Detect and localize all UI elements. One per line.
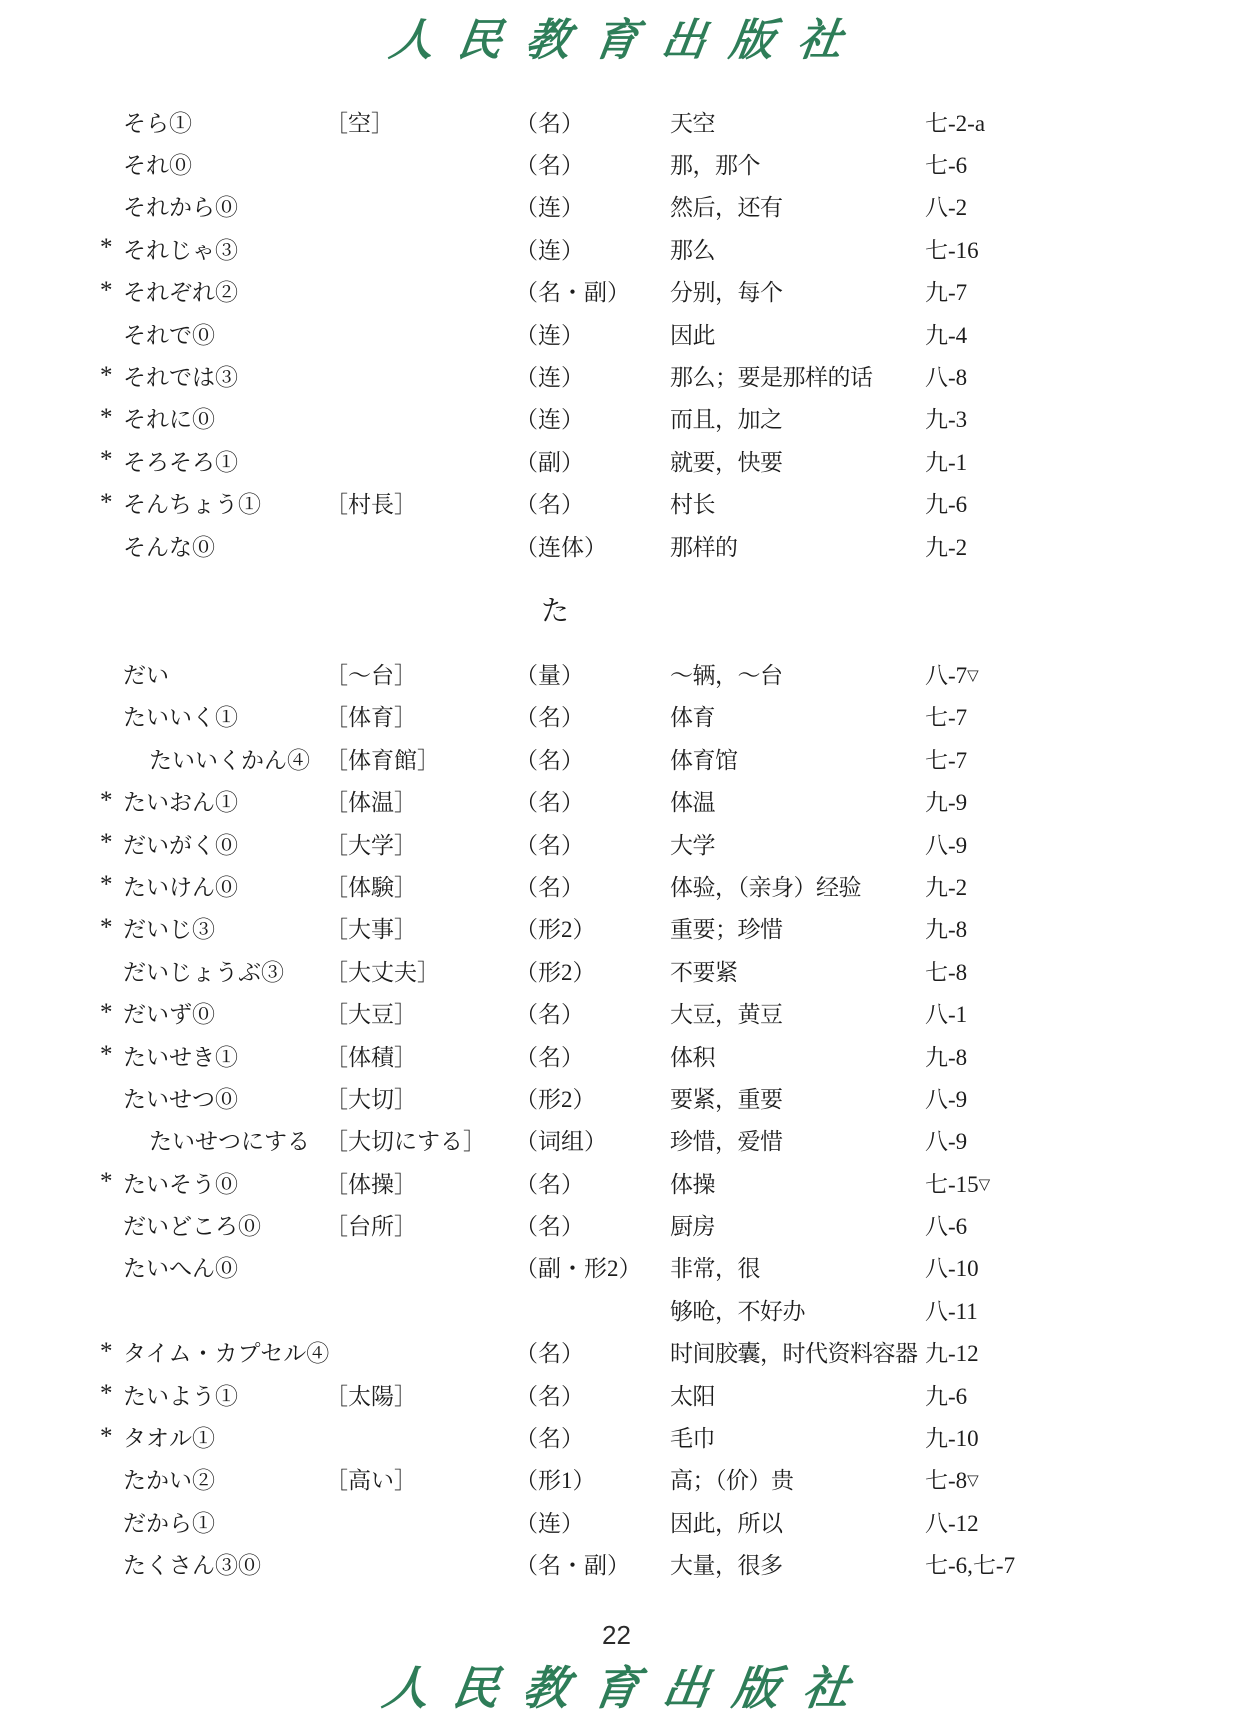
pos-cell: （连） bbox=[515, 359, 670, 392]
kanji-cell: ［大丈夫］ bbox=[325, 954, 515, 987]
kana-cell: そんちょう① bbox=[123, 486, 325, 519]
star-cell: * bbox=[100, 1380, 123, 1408]
lesson-ref: 九-3 bbox=[925, 407, 967, 432]
lesson-cell: 七-6 bbox=[925, 147, 1070, 180]
kana-cell: そろそろ① bbox=[123, 444, 325, 477]
meaning-cell: 那么；要是那样的话 bbox=[670, 359, 925, 392]
lesson-cell: 八-1 bbox=[925, 996, 1070, 1029]
lesson-cell: 八-10 bbox=[925, 1250, 1070, 1283]
lesson-ref: 七-2-a bbox=[925, 111, 985, 136]
table-row: それで⓪（连）因此九-4 bbox=[100, 312, 1110, 354]
pos-cell: （名） bbox=[515, 1378, 670, 1411]
pos-cell: （连） bbox=[515, 401, 670, 434]
table-row: *そんちょう①［村長］（名）村长九-6 bbox=[100, 482, 1110, 524]
kana-cell: たいそう⓪ bbox=[123, 1166, 325, 1199]
pos-cell: （名） bbox=[515, 1420, 670, 1453]
pos-cell: （形1） bbox=[515, 1462, 670, 1495]
kana-cell: たいせき① bbox=[123, 1039, 325, 1072]
lesson-cell: 九-8 bbox=[925, 911, 1070, 944]
kana-cell: それから⓪ bbox=[123, 189, 325, 222]
pos-cell: （名・副） bbox=[515, 1547, 670, 1580]
table-row: *それじゃ③（连）那么七-16 bbox=[100, 227, 1110, 269]
publisher-logo-footer: 人民教育出版社 bbox=[0, 1652, 1233, 1718]
meaning-cell: 够呛，不好办 bbox=[670, 1293, 925, 1326]
pos-cell: （量） bbox=[515, 657, 670, 690]
kanji-cell: ［大学］ bbox=[325, 827, 515, 860]
pos-cell: （名） bbox=[515, 742, 670, 775]
document-page: 人民教育出版社 そら①［空］（名）天空七-2-aそれ⓪（名）那，那个七-6それか… bbox=[0, 0, 1233, 1736]
pos-cell: （名） bbox=[515, 1166, 670, 1199]
meaning-cell: 就要，快要 bbox=[670, 444, 925, 477]
lesson-ref: 七-7 bbox=[925, 748, 967, 773]
meaning-cell: 因此 bbox=[670, 317, 925, 350]
kana-cell: たいいく① bbox=[123, 699, 325, 732]
kanji-cell: ［大切］ bbox=[325, 1081, 515, 1114]
lesson-cell: 八-2 bbox=[925, 189, 1070, 222]
meaning-cell: 村长 bbox=[670, 486, 925, 519]
lesson-ref: 七-7 bbox=[925, 705, 967, 730]
star-cell: * bbox=[100, 446, 123, 474]
kana-cell: それ⓪ bbox=[123, 147, 325, 180]
pos-cell: （形2） bbox=[515, 954, 670, 987]
meaning-cell: 体验，（亲身）经验 bbox=[670, 869, 925, 902]
star-cell: * bbox=[100, 1168, 123, 1196]
lesson-ref: 八-8 bbox=[925, 365, 967, 390]
kanji-cell: ［村長］ bbox=[325, 486, 515, 519]
lesson-cell: 七-6,七-7 bbox=[925, 1547, 1070, 1580]
lesson-cell: 九-6 bbox=[925, 1378, 1070, 1411]
section-header: た bbox=[100, 566, 1010, 652]
lesson-ref: 九-2 bbox=[925, 535, 967, 560]
star-cell: * bbox=[100, 234, 123, 262]
lesson-cell: 九-1 bbox=[925, 444, 1070, 477]
meaning-cell: 那么 bbox=[670, 232, 925, 265]
lesson-cell: 九-10 bbox=[925, 1420, 1070, 1453]
pos-cell: （连） bbox=[515, 232, 670, 265]
lesson-ref: 九-9 bbox=[925, 790, 967, 815]
pos-cell: （名） bbox=[515, 486, 670, 519]
kana-cell: たかい② bbox=[123, 1462, 325, 1495]
lesson-cell: 八-9 bbox=[925, 1081, 1070, 1114]
lesson-cell: 九-12 bbox=[925, 1335, 1070, 1368]
table-row: *それに⓪（连）而且，加之九-3 bbox=[100, 397, 1110, 439]
meaning-cell: 体积 bbox=[670, 1039, 925, 1072]
kana-cell: だい bbox=[123, 657, 325, 690]
lesson-cell: 七-7 bbox=[925, 742, 1070, 775]
lesson-ref: 八-9 bbox=[925, 833, 967, 858]
lesson-cell: 九-8 bbox=[925, 1039, 1070, 1072]
lesson-ref: 八-2 bbox=[925, 195, 967, 220]
table-row: だい［～台］（量）～辆，～台八-7▽ bbox=[100, 652, 1110, 694]
kana-cell: タオル① bbox=[123, 1420, 325, 1453]
lesson-ref: 八-11 bbox=[925, 1299, 978, 1324]
lesson-cell: 八-7▽ bbox=[925, 657, 1070, 690]
table-row: *たいせき①［体積］（名）体积九-8 bbox=[100, 1034, 1110, 1076]
table-row: *そろそろ①（副）就要，快要九-1 bbox=[100, 439, 1110, 481]
meaning-cell: 因此，所以 bbox=[670, 1505, 925, 1538]
pos-cell: （副） bbox=[515, 444, 670, 477]
pos-cell: （副・形2） bbox=[515, 1250, 670, 1283]
publisher-logo-header: 人民教育出版社 bbox=[0, 4, 1233, 68]
table-row: たいせつ⓪［大切］（形2）要紧，重要八-9 bbox=[100, 1076, 1110, 1118]
kanji-cell: ［体操］ bbox=[325, 1166, 515, 1199]
star-cell: * bbox=[100, 1041, 123, 1069]
lesson-cell: 九-4 bbox=[925, 317, 1070, 350]
star-cell: * bbox=[100, 999, 123, 1027]
table-row: たいいく①［体育］（名）体育七-7 bbox=[100, 695, 1110, 737]
kana-cell: それでは③ bbox=[123, 359, 325, 392]
lesson-cell: 九-6 bbox=[925, 486, 1070, 519]
table-row: *だいがく⓪［大学］（名）大学八-9 bbox=[100, 822, 1110, 864]
kanji-cell: ［大切にする］ bbox=[325, 1123, 515, 1156]
meaning-cell: 非常，很 bbox=[670, 1250, 925, 1283]
table-row: たいいくかん④［体育館］（名）体育馆七-7 bbox=[100, 737, 1110, 779]
page-number: 22 bbox=[0, 1620, 1233, 1651]
meaning-cell: 重要；珍惜 bbox=[670, 911, 925, 944]
lesson-ref: 八-1 bbox=[925, 1002, 967, 1027]
kanji-cell: ［太陽］ bbox=[325, 1378, 515, 1411]
kana-cell: たいせつ⓪ bbox=[123, 1081, 325, 1114]
table-row: だいどころ⓪［台所］（名）厨房八-6 bbox=[100, 1203, 1110, 1245]
pos-cell: （名） bbox=[515, 1039, 670, 1072]
lesson-cell: 九-2 bbox=[925, 869, 1070, 902]
kana-cell: たいけん⓪ bbox=[123, 869, 325, 902]
meaning-cell: 然后，还有 bbox=[670, 189, 925, 222]
lesson-cell: 七-8▽ bbox=[925, 1462, 1070, 1495]
table-row: *だいず⓪［大豆］（名）大豆，黄豆八-1 bbox=[100, 991, 1110, 1033]
meaning-cell: 大学 bbox=[670, 827, 925, 860]
table-row: それから⓪（连）然后，还有八-2 bbox=[100, 185, 1110, 227]
table-row: たいせつにする［大切にする］（词组）珍惜，爱惜八-9 bbox=[100, 1119, 1110, 1161]
lesson-ref: 九-6 bbox=[925, 1384, 967, 1409]
lesson-ref: 九-1 bbox=[925, 450, 967, 475]
pos-cell: （形2） bbox=[515, 1081, 670, 1114]
kanji-cell: ［空］ bbox=[325, 105, 515, 138]
meaning-cell: 那样的 bbox=[670, 529, 925, 562]
pos-cell: （名） bbox=[515, 147, 670, 180]
lesson-ref: 九-8 bbox=[925, 1045, 967, 1070]
pos-cell: （连） bbox=[515, 189, 670, 222]
lesson-ref: 八-9 bbox=[925, 1129, 967, 1154]
lesson-cell: 七-15▽ bbox=[925, 1166, 1070, 1199]
lesson-cell: 八-11 bbox=[925, 1293, 1070, 1326]
kana-cell: だいず⓪ bbox=[123, 996, 325, 1029]
kanji-cell: ［大事］ bbox=[325, 911, 515, 944]
pos-cell: （名） bbox=[515, 1208, 670, 1241]
kanji-cell: ［体育館］ bbox=[325, 742, 515, 775]
kanji-cell: ［体験］ bbox=[325, 869, 515, 902]
meaning-cell: 体育馆 bbox=[670, 742, 925, 775]
table-row: *タオル①（名）毛巾九-10 bbox=[100, 1415, 1110, 1457]
lesson-cell: 七-16 bbox=[925, 232, 1070, 265]
meaning-cell: 高；（价）贵 bbox=[670, 1462, 925, 1495]
lesson-ref: 七-6,七-7 bbox=[925, 1553, 1015, 1578]
pos-cell: （名） bbox=[515, 827, 670, 860]
kanji-cell: ［体積］ bbox=[325, 1039, 515, 1072]
kanji-cell: ［大豆］ bbox=[325, 996, 515, 1029]
kana-cell: たいいくかん④ bbox=[123, 742, 325, 775]
table-row: たかい②［高い］（形1）高；（价）贵七-8▽ bbox=[100, 1458, 1110, 1500]
table-row: だから①（连）因此，所以八-12 bbox=[100, 1500, 1110, 1542]
meaning-cell: 体操 bbox=[670, 1166, 925, 1199]
lesson-ref: 九-10 bbox=[925, 1426, 979, 1451]
lesson-cell: 九-3 bbox=[925, 401, 1070, 434]
kana-cell: それに⓪ bbox=[123, 401, 325, 434]
kanji-cell: ［台所］ bbox=[325, 1208, 515, 1241]
pos-cell: （名） bbox=[515, 105, 670, 138]
kanji-cell: ［体育］ bbox=[325, 699, 515, 732]
meaning-cell: 体温 bbox=[670, 784, 925, 817]
lesson-cell: 八-6 bbox=[925, 1208, 1070, 1241]
pos-cell: （名） bbox=[515, 869, 670, 902]
meaning-cell: 毛巾 bbox=[670, 1420, 925, 1453]
pos-cell: （名・副） bbox=[515, 274, 670, 307]
lesson-ref: 八-9 bbox=[925, 1087, 967, 1112]
kana-cell: それで⓪ bbox=[123, 317, 325, 350]
kana-cell: たいせつにする bbox=[123, 1123, 325, 1156]
lesson-cell: 八-12 bbox=[925, 1505, 1070, 1538]
meaning-cell: ～辆，～台 bbox=[670, 657, 925, 690]
kanji-cell: ［高い］ bbox=[325, 1462, 515, 1495]
lesson-ref: 七-15 bbox=[925, 1172, 979, 1197]
triangle-mark: ▽ bbox=[979, 1177, 991, 1193]
kana-cell: それぞれ② bbox=[123, 274, 325, 307]
kana-cell: それじゃ③ bbox=[123, 232, 325, 265]
kana-cell: たくさん③⓪ bbox=[123, 1547, 325, 1580]
lesson-cell: 八-8 bbox=[925, 359, 1070, 392]
table-row: それ⓪（名）那，那个七-6 bbox=[100, 142, 1110, 184]
lesson-cell: 八-9 bbox=[925, 827, 1070, 860]
table-row: *タイム・カプセル④（名）时间胶囊，时代资料容器九-12 bbox=[100, 1331, 1110, 1373]
pos-cell: （名） bbox=[515, 996, 670, 1029]
lesson-cell: 八-9 bbox=[925, 1123, 1070, 1156]
table-row: そら①［空］（名）天空七-2-a bbox=[100, 100, 1110, 142]
meaning-cell: 大豆，黄豆 bbox=[670, 996, 925, 1029]
meaning-cell: 珍惜，爱惜 bbox=[670, 1123, 925, 1156]
kana-cell: たいおん① bbox=[123, 784, 325, 817]
lesson-cell: 七-7 bbox=[925, 699, 1070, 732]
table-row: たくさん③⓪（名・副）大量，很多七-6,七-7 bbox=[100, 1543, 1110, 1585]
table-row: *それでは③（连）那么；要是那样的话八-8 bbox=[100, 354, 1110, 396]
star-cell: * bbox=[100, 871, 123, 899]
table-row: 够呛，不好办八-11 bbox=[100, 1288, 1110, 1330]
kanji-cell: ［体温］ bbox=[325, 784, 515, 817]
kanji-cell: ［～台］ bbox=[325, 657, 515, 690]
lesson-ref: 八-12 bbox=[925, 1511, 979, 1536]
lesson-ref: 九-4 bbox=[925, 323, 967, 348]
lesson-ref: 七-16 bbox=[925, 238, 979, 263]
meaning-cell: 体育 bbox=[670, 699, 925, 732]
table-row: たいへん⓪（副・形2）非常，很八-10 bbox=[100, 1246, 1110, 1288]
table-row: だいじょうぶ③［大丈夫］（形2）不要紧七-8 bbox=[100, 949, 1110, 991]
kana-cell: タイム・カプセル④ bbox=[123, 1335, 325, 1368]
kana-cell: だいがく⓪ bbox=[123, 827, 325, 860]
table-row: *だいじ③［大事］（形2）重要；珍惜九-8 bbox=[100, 907, 1110, 949]
lesson-ref: 九-6 bbox=[925, 492, 967, 517]
meaning-cell: 分别，每个 bbox=[670, 274, 925, 307]
pos-cell: （名） bbox=[515, 784, 670, 817]
lesson-ref: 七-8 bbox=[925, 1468, 967, 1493]
meaning-cell: 厨房 bbox=[670, 1208, 925, 1241]
meaning-cell: 大量，很多 bbox=[670, 1547, 925, 1580]
meaning-cell: 太阳 bbox=[670, 1378, 925, 1411]
table-row: そんな⓪（连体）那样的九-2 bbox=[100, 524, 1110, 566]
pos-cell: （连） bbox=[515, 1505, 670, 1538]
triangle-mark: ▽ bbox=[967, 668, 979, 684]
table-row: *たいよう①［太陽］（名）太阳九-6 bbox=[100, 1373, 1110, 1415]
lesson-ref: 八-10 bbox=[925, 1256, 979, 1281]
pos-cell: （词组） bbox=[515, 1123, 670, 1156]
lesson-ref: 八-7 bbox=[925, 663, 967, 688]
pos-cell: （形2） bbox=[515, 911, 670, 944]
star-cell: * bbox=[100, 1423, 123, 1451]
lesson-cell: 九-7 bbox=[925, 274, 1070, 307]
lesson-cell: 九-2 bbox=[925, 529, 1070, 562]
kana-cell: だいじ③ bbox=[123, 911, 325, 944]
star-cell: * bbox=[100, 362, 123, 390]
kana-cell: だいどころ⓪ bbox=[123, 1208, 325, 1241]
table-row: *たいけん⓪［体験］（名）体验，（亲身）经验九-2 bbox=[100, 864, 1110, 906]
lesson-ref: 九-2 bbox=[925, 875, 967, 900]
lesson-ref: 七-6 bbox=[925, 153, 967, 178]
pos-cell: （名） bbox=[515, 699, 670, 732]
lesson-cell: 七-8 bbox=[925, 954, 1070, 987]
star-cell: * bbox=[100, 1338, 123, 1366]
kana-cell: たいよう① bbox=[123, 1378, 325, 1411]
kana-cell: だいじょうぶ③ bbox=[123, 954, 325, 987]
star-cell: * bbox=[100, 787, 123, 815]
lesson-ref: 八-6 bbox=[925, 1214, 967, 1239]
meaning-cell: 要紧，重要 bbox=[670, 1081, 925, 1114]
lesson-ref: 七-8 bbox=[925, 960, 967, 985]
vocab-table: そら①［空］（名）天空七-2-aそれ⓪（名）那，那个七-6それから⓪（连）然后，… bbox=[100, 100, 1110, 1585]
star-cell: * bbox=[100, 914, 123, 942]
kana-cell: そんな⓪ bbox=[123, 529, 325, 562]
meaning-cell: 时间胶囊，时代资料容器 bbox=[670, 1335, 925, 1368]
star-cell: * bbox=[100, 404, 123, 432]
star-cell: * bbox=[100, 277, 123, 305]
star-cell: * bbox=[100, 489, 123, 517]
pos-cell: （名） bbox=[515, 1335, 670, 1368]
lesson-cell: 七-2-a bbox=[925, 105, 1070, 138]
table-row: *それぞれ②（名・副）分别，每个九-7 bbox=[100, 270, 1110, 312]
meaning-cell: 而且，加之 bbox=[670, 401, 925, 434]
lesson-ref: 九-8 bbox=[925, 917, 967, 942]
kana-cell: そら① bbox=[123, 105, 325, 138]
star-cell: * bbox=[100, 829, 123, 857]
pos-cell: （连体） bbox=[515, 529, 670, 562]
triangle-mark: ▽ bbox=[967, 1473, 979, 1489]
lesson-ref: 九-12 bbox=[925, 1341, 979, 1366]
meaning-cell: 天空 bbox=[670, 105, 925, 138]
lesson-cell: 九-9 bbox=[925, 784, 1070, 817]
kana-cell: たいへん⓪ bbox=[123, 1250, 325, 1283]
pos-cell: （连） bbox=[515, 317, 670, 350]
kana-cell: だから① bbox=[123, 1505, 325, 1538]
meaning-cell: 那，那个 bbox=[670, 147, 925, 180]
meaning-cell: 不要紧 bbox=[670, 954, 925, 987]
table-row: *たいおん①［体温］（名）体温九-9 bbox=[100, 779, 1110, 821]
lesson-ref: 九-7 bbox=[925, 280, 967, 305]
table-row: *たいそう⓪［体操］（名）体操七-15▽ bbox=[100, 1161, 1110, 1203]
